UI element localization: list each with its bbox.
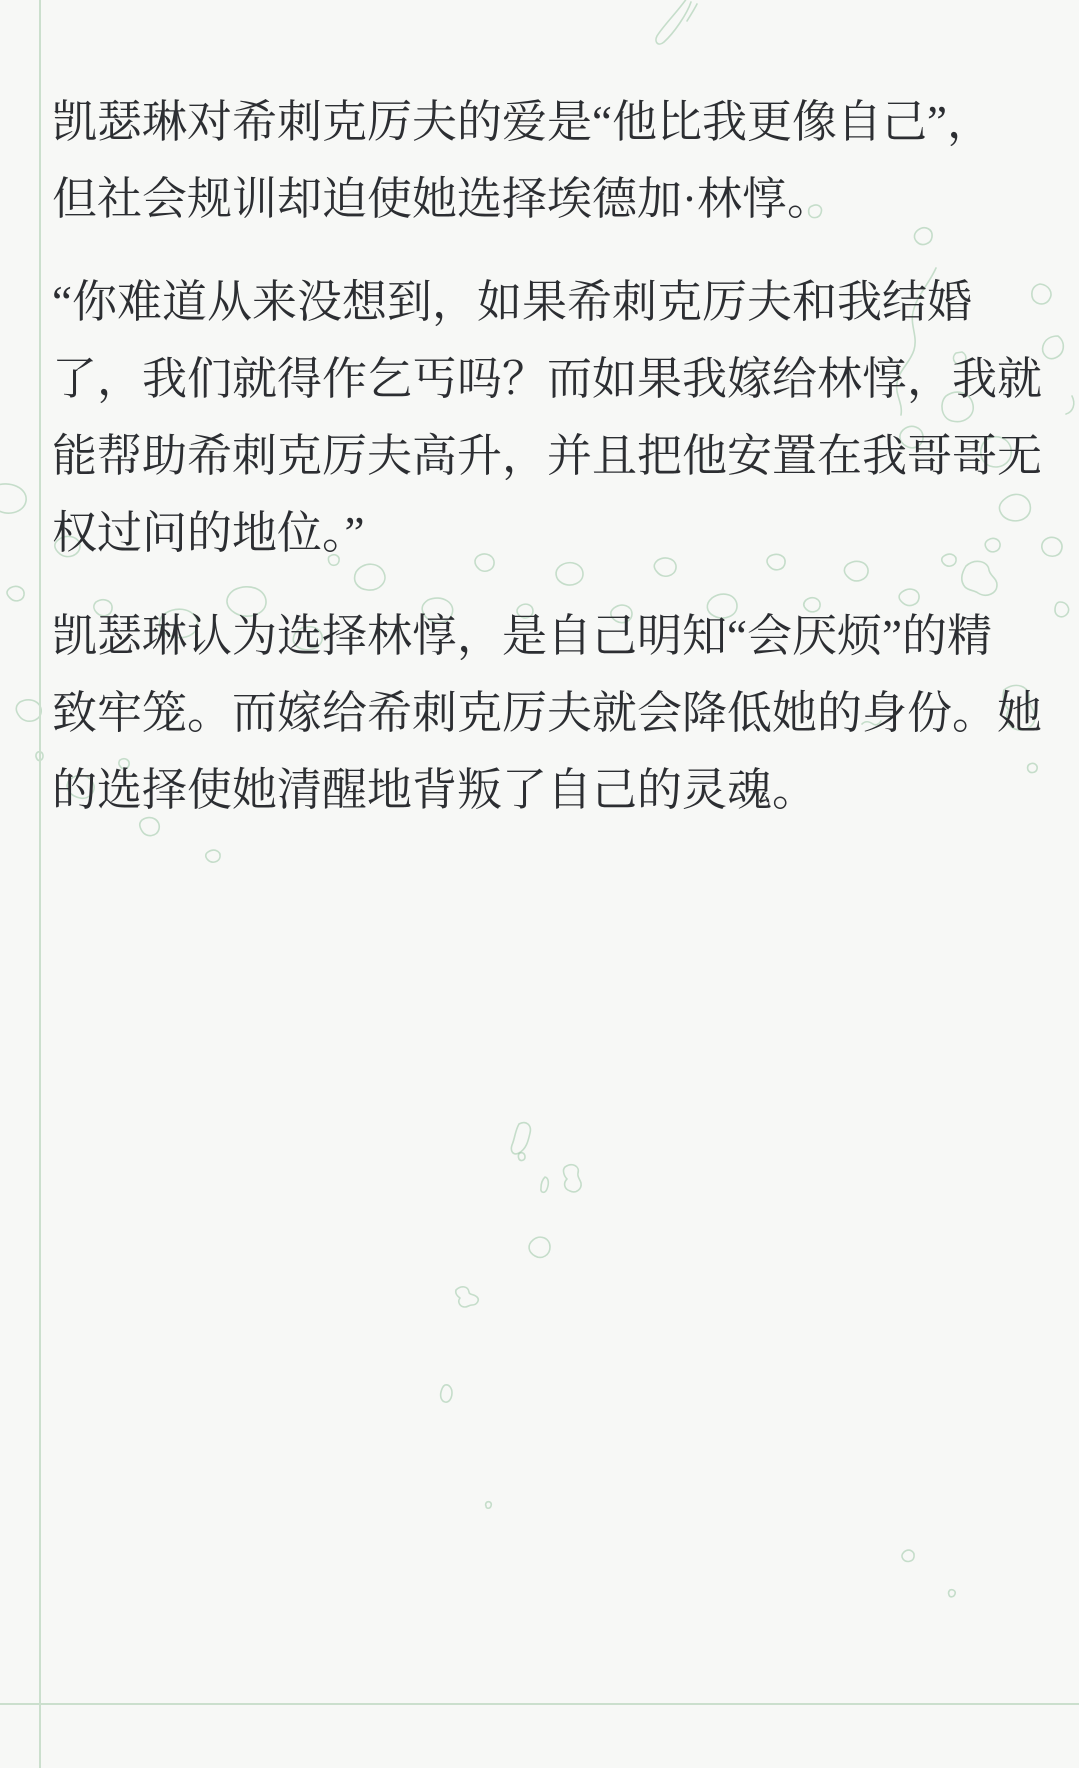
- paragraph-line: 凯瑟琳认为选择林惇，是自己明知“会厌烦”的精: [52, 598, 1054, 675]
- paragraph: “你难道从来没想到，如果希刺克厉夫和我结婚 了，我们就得作乞丐吗？而如果我嫁给林…: [52, 264, 1054, 572]
- left-margin-guide-line: [39, 0, 41, 1768]
- paragraph-line: 权过问的地位。”: [52, 495, 1054, 572]
- paragraph-line: 致牢笼。而嫁给希刺克厉夫就会降低她的身份。她: [52, 675, 1054, 752]
- paragraph-line: 凯瑟琳对希刺克厉夫的爱是“他比我更像自己”，: [52, 84, 1054, 161]
- paragraph-line: “你难道从来没想到，如果希刺克厉夫和我结婚: [52, 264, 1054, 341]
- article-text: 凯瑟琳对希刺克厉夫的爱是“他比我更像自己”， 但社会规训却迫使她选择埃德加·林惇…: [52, 84, 1054, 855]
- paragraph-line: 了，我们就得作乞丐吗？而如果我嫁给林惇，我就: [52, 341, 1054, 418]
- paragraph-line: 能帮助希刺克厉夫高升，并且把他安置在我哥哥无: [52, 418, 1054, 495]
- paragraph-line: 但社会规训却迫使她选择埃德加·林惇。: [52, 161, 1054, 238]
- paragraph-line: 的选择使她清醒地背叛了自己的灵魂。: [52, 752, 1054, 829]
- paragraph: 凯瑟琳对希刺克厉夫的爱是“他比我更像自己”， 但社会规训却迫使她选择埃德加·林惇…: [52, 84, 1054, 238]
- bottom-margin-guide-line: [0, 1703, 1079, 1705]
- paragraph: 凯瑟琳认为选择林惇，是自己明知“会厌烦”的精 致牢笼。而嫁给希刺克厉夫就会降低她…: [52, 598, 1054, 829]
